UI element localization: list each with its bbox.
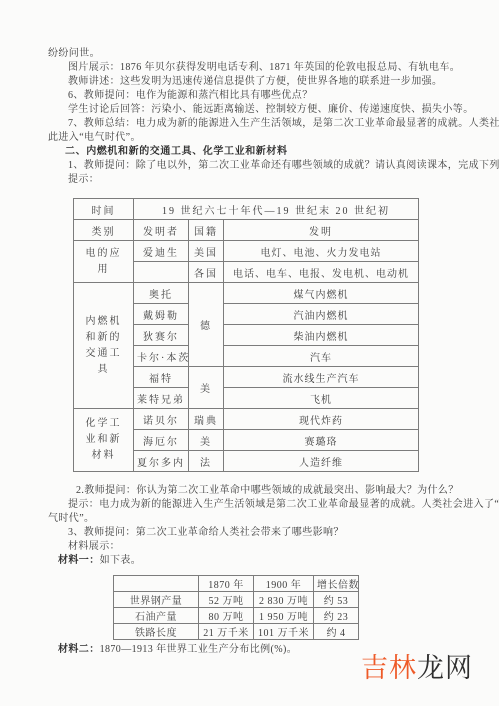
cell-1870: 21 万千米: [199, 624, 254, 640]
cell-inventor: [134, 262, 189, 283]
col-header-growth: 增长倍数: [314, 576, 359, 592]
cell-invention: 赛璐珞: [224, 430, 419, 451]
body-line: 6、教师提问：电作为能源和蒸汽相比具有哪些优点？: [48, 89, 452, 103]
body-line: 教师讲述：这些发明为迅速传递信息提供了方便，使世界各地的联系进一步加强。: [48, 75, 452, 89]
cell-invention: 电话、电车、电报、发电机、电动机: [224, 262, 419, 283]
cell-row-label: 世界钢产量: [114, 592, 199, 608]
cell-country: 德: [189, 283, 224, 367]
table-row: 世界钢产量 52 万吨 2 830 万吨 约 53: [114, 592, 359, 608]
cell-invention: 煤气内燃机: [224, 283, 419, 304]
body-line: 2.教师提问：你认为第二次工业革命中哪些领域的成就最突出、影响最大？为什么？: [48, 484, 452, 498]
body-line: 气时代”。: [48, 512, 452, 526]
material2-text: 1870—1913 年世界工业生产分布比例(%)。: [100, 644, 298, 655]
cell-inventor: 戴姆勒: [134, 304, 189, 325]
col-header-1900: 1900 年: [254, 576, 314, 592]
material1-text: 如下表。: [100, 555, 142, 566]
table-header-row: 类别 发明者 国籍 发明: [74, 220, 419, 241]
body-line: 7、教师总结：电力成为新的能源进入生产生活领域，是第二次工业革命最显著的成就。人…: [48, 117, 452, 131]
material2-label: 材料二：: [58, 644, 100, 655]
body-line: 3、教师提问：第二次工业革命给人类社会带来了哪些影响？: [48, 526, 452, 540]
cell-invention: 流水线生产汽车: [224, 367, 419, 388]
cell-inventor: 卡尔·本茨: [134, 346, 189, 367]
cell-inventor: 狄赛尔: [134, 325, 189, 346]
scanned-document-page: 纷纷问世。 图片展示：1876 年贝尔获得发明电话专利、1871 年英国的伦敦电…: [0, 0, 499, 706]
cell-growth: 约 4: [314, 624, 359, 640]
cell-row-label: 铁路长度: [114, 624, 199, 640]
watermark-rest: 龙网: [417, 653, 473, 683]
cell-country: 各国: [189, 262, 224, 283]
cell-invention: 现代炸药: [224, 409, 419, 430]
table-header-row: 1870 年 1900 年 增长倍数: [114, 576, 359, 592]
body-line: 1、教师提问：除了电以外，第二次工业革命还有哪些领域的成就？请认真阅读课本，完成…: [48, 159, 452, 173]
watermark-logo: 吉林龙网: [361, 652, 473, 684]
cell-invention: 飞机: [224, 388, 419, 409]
stats-table: 1870 年 1900 年 增长倍数 世界钢产量 52 万吨 2 830 万吨 …: [113, 575, 359, 640]
cell-country: 法: [189, 451, 224, 472]
col-header-country: 国籍: [189, 220, 224, 241]
col-header-blank: [114, 576, 199, 592]
cell-1900: 2 830 万吨: [254, 592, 314, 608]
cell-invention: 柴油内燃机: [224, 325, 419, 346]
cell-inventor: 海厄尔: [134, 430, 189, 451]
cell-category-chemical: 化学工业和新材料: [74, 409, 134, 472]
body-line: 材料展示：: [48, 540, 452, 554]
cell-inventor: 奥托: [134, 283, 189, 304]
body-line: 此进入“电气时代”。: [48, 131, 452, 145]
col-header-1870: 1870 年: [199, 576, 254, 592]
cell-1900: 101 万千米: [254, 624, 314, 640]
cell-invention: 人造纤维: [224, 451, 419, 472]
cell-inventor: 莱特兄弟: [134, 388, 189, 409]
cell-category-engines: 内燃机和新的交通工具: [74, 283, 134, 409]
cell-inventor: 夏尔多内: [134, 451, 189, 472]
body-line: 图片展示：1876 年贝尔获得发明电话专利、1871 年英国的伦敦电报总局、有轨…: [48, 61, 452, 75]
cell-invention: 汽油内燃机: [224, 304, 419, 325]
cell-category-electricity: 电的应用: [74, 241, 134, 283]
section-heading: 二、内燃机和新的交通工具、化学工业和新材料: [48, 145, 452, 159]
cell-invention: 汽车: [224, 346, 419, 367]
cell-growth: 约 23: [314, 608, 359, 624]
table-row: 内燃机和新的交通工具 奥托 德 煤气内燃机: [74, 283, 419, 304]
hint-label: 提示：: [48, 173, 452, 187]
cell-inventor: 诺贝尔: [134, 409, 189, 430]
col-header-category: 类别: [74, 220, 134, 241]
body-line: 纷纷问世。: [48, 47, 452, 61]
cell-inventor: 福特: [134, 367, 189, 388]
body-line: 学生讨论后回答：污染小、能远距离输送、控制较方便、廉价、传递速度快、损失小等。: [48, 103, 452, 117]
body-line: 提示：电力成为新的能源进入生产生活领域是第二次工业革命最显著的成就。人类社会进入…: [48, 498, 452, 512]
cell-country: 瑞典: [189, 409, 224, 430]
cell-invention: 电灯、电池、火力发电站: [224, 241, 419, 262]
cell-growth: 约 53: [314, 592, 359, 608]
col-header-invention: 发明: [224, 220, 419, 241]
material1-label: 材料一：: [58, 555, 100, 566]
table-row: 石油产量 80 万吨 1 950 万吨 约 23: [114, 608, 359, 624]
cell-time-label: 时间: [74, 199, 134, 220]
cell-inventor: 爱迪生: [134, 241, 189, 262]
cell-1900: 1 950 万吨: [254, 608, 314, 624]
inventions-table: 时间 19 世纪六七十年代—19 世纪末 20 世纪初 类别 发明者 国籍 发明…: [73, 198, 419, 472]
table-row: 化学工业和新材料 诺贝尔 瑞典 现代炸药: [74, 409, 419, 430]
cell-1870: 52 万吨: [199, 592, 254, 608]
cell-country: 美: [189, 430, 224, 451]
cell-country: 美国: [189, 241, 224, 262]
cell-1870: 80 万吨: [199, 608, 254, 624]
cell-country: 美: [189, 367, 224, 409]
cell-row-label: 石油产量: [114, 608, 199, 624]
cell-time-value: 19 世纪六七十年代—19 世纪末 20 世纪初: [134, 199, 419, 220]
table-row: 铁路长度 21 万千米 101 万千米 约 4: [114, 624, 359, 640]
col-header-inventor: 发明者: [134, 220, 189, 241]
watermark-highlight: 吉林: [361, 653, 417, 683]
table-row: 电的应用 爱迪生 美国 电灯、电池、火力发电站: [74, 241, 419, 262]
material1-line: 材料一：如下表。: [48, 554, 452, 568]
table-row: 时间 19 世纪六七十年代—19 世纪末 20 世纪初: [74, 199, 419, 220]
